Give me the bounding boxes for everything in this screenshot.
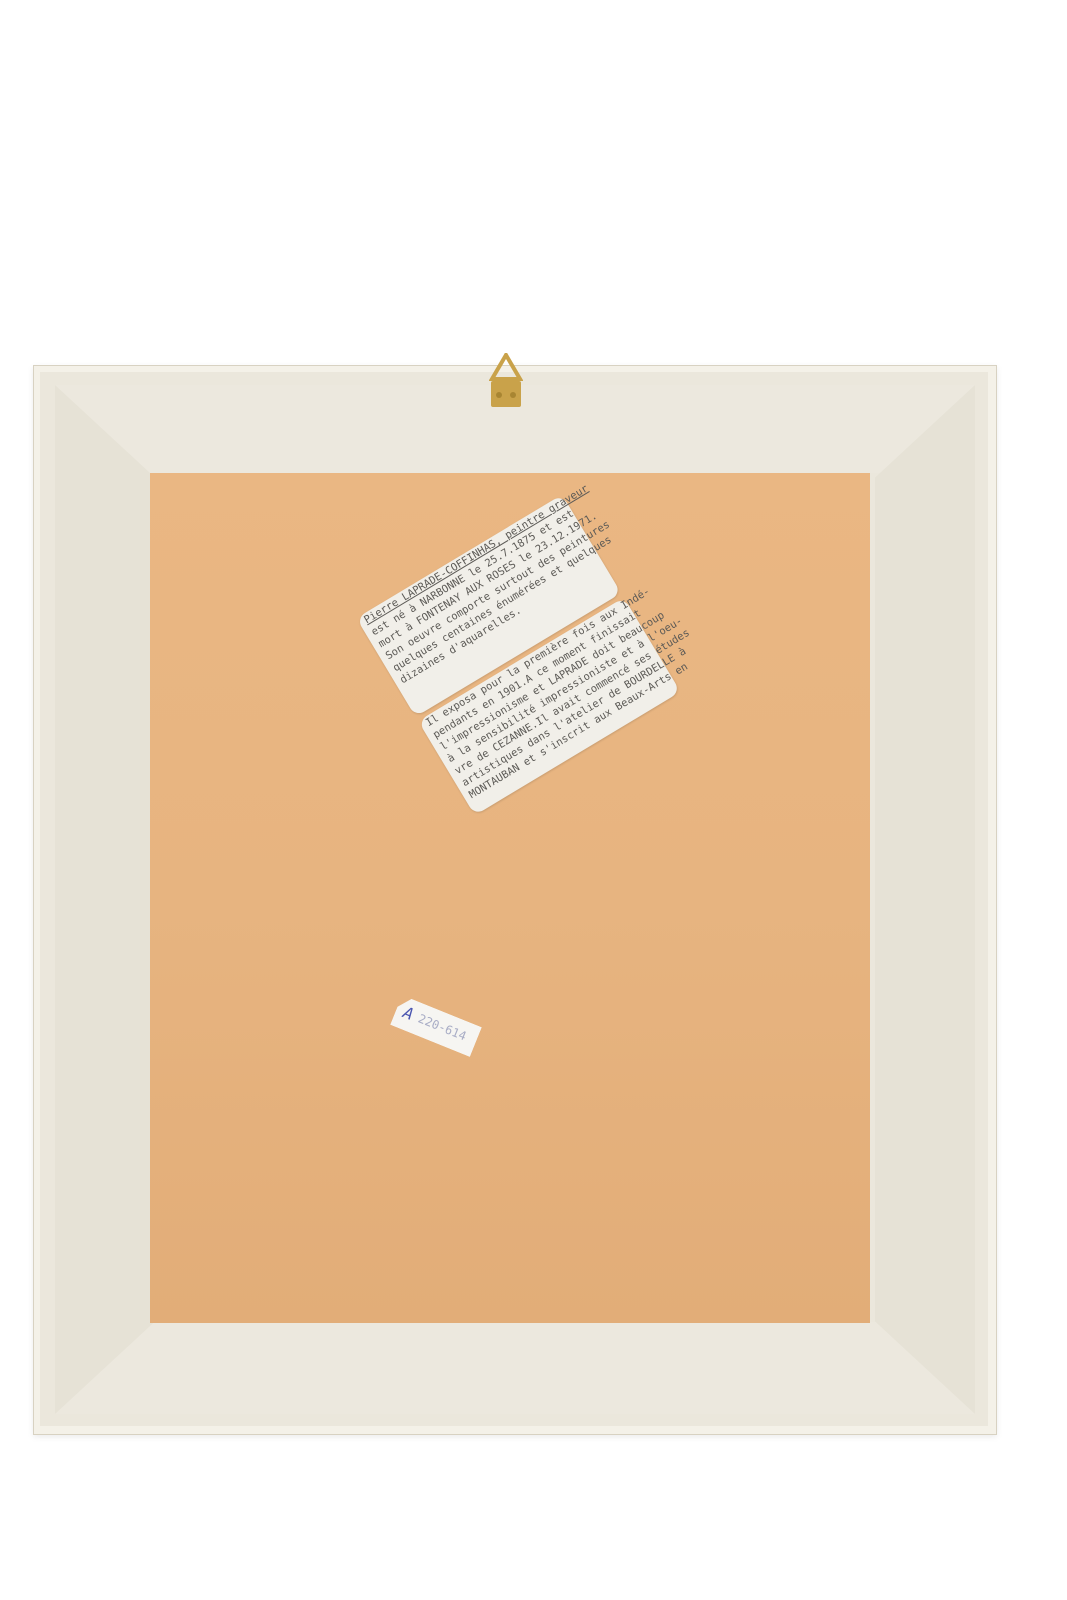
frame-rabbet-left — [55, 385, 155, 1414]
frame-rabbet-right — [875, 385, 975, 1414]
frame-rabbet-bottom — [55, 1322, 975, 1414]
tag-letter: A — [401, 1003, 417, 1024]
sawtooth-hanger-icon — [489, 353, 523, 409]
